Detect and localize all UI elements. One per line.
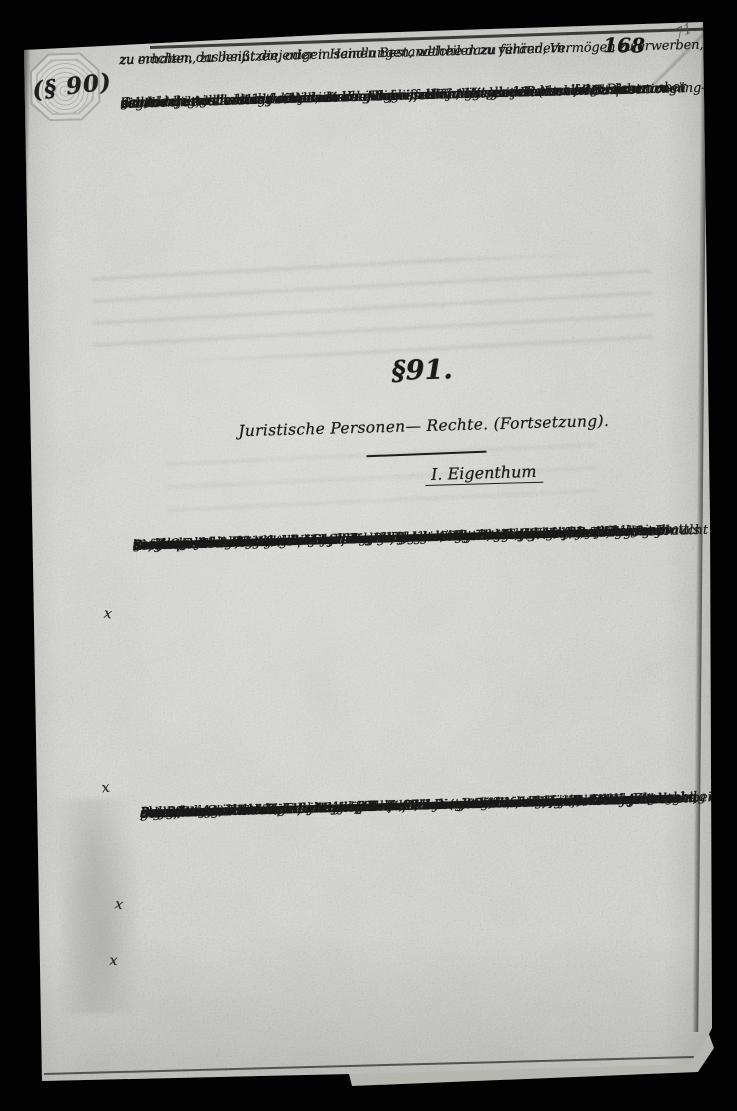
pencil-smudge <box>54 797 145 1014</box>
manuscript-page: (§ 90) 168 71 zu machen, das heißt dieje… <box>0 0 737 1111</box>
show-through-ghost <box>91 253 653 364</box>
paragraph-continuation: zu machen, das heißt diejenigen Handlung… <box>119 34 707 50</box>
margin-mark: x <box>98 779 114 797</box>
manuscript-line: zu erhalten, zu benutzen, oder in seinen… <box>119 38 569 72</box>
margin-mark: x <box>106 953 121 970</box>
embossed-stamp: (§ 90) <box>29 52 101 122</box>
margin-mark: x <box>100 605 116 622</box>
chapter-title: Juristische Personen— Rechte. (Fortsetzu… <box>130 409 718 443</box>
paragraph-eigenthum: Juristische Personen können Eigenthum an… <box>133 519 721 535</box>
margin-mark: x <box>111 896 127 914</box>
subsection-title-text: I. Eigenthum <box>425 462 543 486</box>
manuscript-line: des Römischen Staats, der Municipien, de… <box>140 787 678 826</box>
manuscript-line: werden, weil er an diesen nicht den geri… <box>133 523 547 558</box>
paragraph-grundsatz: Indem nunmehr die einzelnen Vermögensrec… <box>120 77 708 93</box>
paragraph-sklaven: Bezog sich das Eigenthum auf Sklaven, so… <box>140 787 728 803</box>
manuscript-line: seine volle Anschaulichkeit erhalten kön… <box>120 85 407 114</box>
photo-background: (§ 90) 168 71 zu machen, das heißt dieje… <box>0 0 737 1111</box>
page-content: (§ 90) 168 71 zu machen, das heißt dieje… <box>25 29 736 1083</box>
left-edge-shadow <box>7 46 31 1084</box>
